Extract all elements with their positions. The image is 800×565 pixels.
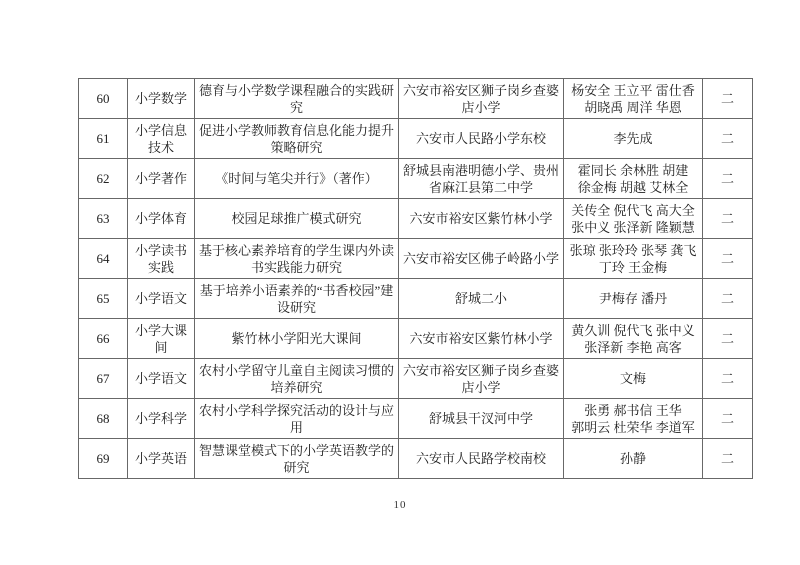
- cell-no: 64: [79, 239, 128, 279]
- cell-subject: 小学语文: [128, 359, 195, 399]
- cell-school: 六安市人民路小学东校: [399, 119, 564, 159]
- cell-school: 舒城二小: [399, 279, 564, 319]
- cell-title: 促进小学教师教育信息化能力提升策略研究: [195, 119, 399, 159]
- table-row: 68小学科学农村小学科学探究活动的设计与应用舒城县干汊河中学张勇 郝书信 王华 …: [79, 399, 753, 439]
- cell-grade: 二: [703, 239, 753, 279]
- table-row: 64小学读书实践基于核心素养培育的学生课内外读书实践能力研究六安市裕安区佛子岭路…: [79, 239, 753, 279]
- cell-school: 舒城县南港明德小学、贵州省麻江县第二中学: [399, 159, 564, 199]
- cell-no: 60: [79, 79, 128, 119]
- cell-school: 舒城县干汊河中学: [399, 399, 564, 439]
- table-row: 67小学语文农村小学留守儿童自主阅读习惯的培养研究六安市裕安区狮子岗乡查婆店小学…: [79, 359, 753, 399]
- cell-members: 黄久训 倪代飞 张中义 张泽新 李艳 高客: [564, 319, 703, 359]
- cell-school: 六安市人民路学校南校: [399, 439, 564, 479]
- cell-members: 尹梅存 潘丹: [564, 279, 703, 319]
- document-page: 60小学数学德育与小学数学课程融合的实践研究六安市裕安区狮子岗乡查婆店小学杨安全…: [0, 0, 800, 565]
- cell-school: 六安市裕安区佛子岭路小学: [399, 239, 564, 279]
- cell-title: 智慧课堂模式下的小学英语教学的研究: [195, 439, 399, 479]
- cell-subject: 小学数学: [128, 79, 195, 119]
- page-number: 10: [0, 499, 800, 511]
- cell-subject: 小学读书实践: [128, 239, 195, 279]
- cell-title: 农村小学留守儿童自主阅读习惯的培养研究: [195, 359, 399, 399]
- cell-subject: 小学体育: [128, 199, 195, 239]
- cell-title: 德育与小学数学课程融合的实践研究: [195, 79, 399, 119]
- awards-table-body: 60小学数学德育与小学数学课程融合的实践研究六安市裕安区狮子岗乡查婆店小学杨安全…: [79, 79, 753, 479]
- cell-title: 基于培养小语素养的“书香校园”建设研究: [195, 279, 399, 319]
- cell-subject: 小学著作: [128, 159, 195, 199]
- cell-members: 杨安全 王立平 雷仕香 胡晓禹 周洋 华恩: [564, 79, 703, 119]
- cell-grade: 二: [703, 359, 753, 399]
- cell-no: 63: [79, 199, 128, 239]
- cell-grade: 二: [703, 79, 753, 119]
- cell-grade: 二: [703, 279, 753, 319]
- cell-title: 《时间与笔尖并行》（著作）: [195, 159, 399, 199]
- cell-no: 62: [79, 159, 128, 199]
- cell-subject: 小学科学: [128, 399, 195, 439]
- cell-grade: 二: [703, 319, 753, 359]
- table-row: 69小学英语智慧课堂模式下的小学英语教学的研究六安市人民路学校南校孙静二: [79, 439, 753, 479]
- cell-no: 67: [79, 359, 128, 399]
- cell-members: 李先成: [564, 119, 703, 159]
- cell-subject: 小学语文: [128, 279, 195, 319]
- cell-subject: 小学大课间: [128, 319, 195, 359]
- cell-grade: 二: [703, 119, 753, 159]
- cell-members: 张琼 张玲玲 张琴 龚飞 丁玲 王金梅: [564, 239, 703, 279]
- cell-school: 六安市裕安区狮子岗乡查婆店小学: [399, 79, 564, 119]
- cell-members: 张勇 郝书信 王华 郭明云 杜荣华 李道军: [564, 399, 703, 439]
- cell-school: 六安市裕安区紫竹林小学: [399, 199, 564, 239]
- cell-school: 六安市裕安区狮子岗乡查婆店小学: [399, 359, 564, 399]
- cell-no: 68: [79, 399, 128, 439]
- cell-members: 孙静: [564, 439, 703, 479]
- cell-title: 紫竹林小学阳光大课间: [195, 319, 399, 359]
- table-row: 63小学体育校园足球推广模式研究六安市裕安区紫竹林小学关传全 倪代飞 高大全 张…: [79, 199, 753, 239]
- cell-subject: 小学英语: [128, 439, 195, 479]
- cell-no: 65: [79, 279, 128, 319]
- awards-table: 60小学数学德育与小学数学课程融合的实践研究六安市裕安区狮子岗乡查婆店小学杨安全…: [78, 78, 753, 479]
- cell-subject: 小学信息技术: [128, 119, 195, 159]
- cell-grade: 二: [703, 159, 753, 199]
- cell-school: 六安市裕安区紫竹林小学: [399, 319, 564, 359]
- table-row: 62小学著作《时间与笔尖并行》（著作）舒城县南港明德小学、贵州省麻江县第二中学霍…: [79, 159, 753, 199]
- cell-grade: 二: [703, 399, 753, 439]
- cell-no: 61: [79, 119, 128, 159]
- cell-members: 文梅: [564, 359, 703, 399]
- cell-title: 校园足球推广模式研究: [195, 199, 399, 239]
- table-row: 66小学大课间紫竹林小学阳光大课间六安市裕安区紫竹林小学黄久训 倪代飞 张中义 …: [79, 319, 753, 359]
- cell-grade: 二: [703, 439, 753, 479]
- cell-members: 霍同长 余林胜 胡建 徐金梅 胡越 艾林全: [564, 159, 703, 199]
- cell-members: 关传全 倪代飞 高大全 张中义 张泽新 隆颖慧: [564, 199, 703, 239]
- cell-no: 69: [79, 439, 128, 479]
- cell-no: 66: [79, 319, 128, 359]
- table-row: 60小学数学德育与小学数学课程融合的实践研究六安市裕安区狮子岗乡查婆店小学杨安全…: [79, 79, 753, 119]
- cell-grade: 二: [703, 199, 753, 239]
- table-row: 61小学信息技术促进小学教师教育信息化能力提升策略研究六安市人民路小学东校李先成…: [79, 119, 753, 159]
- table-row: 65小学语文基于培养小语素养的“书香校园”建设研究舒城二小尹梅存 潘丹二: [79, 279, 753, 319]
- cell-title: 农村小学科学探究活动的设计与应用: [195, 399, 399, 439]
- cell-title: 基于核心素养培育的学生课内外读书实践能力研究: [195, 239, 399, 279]
